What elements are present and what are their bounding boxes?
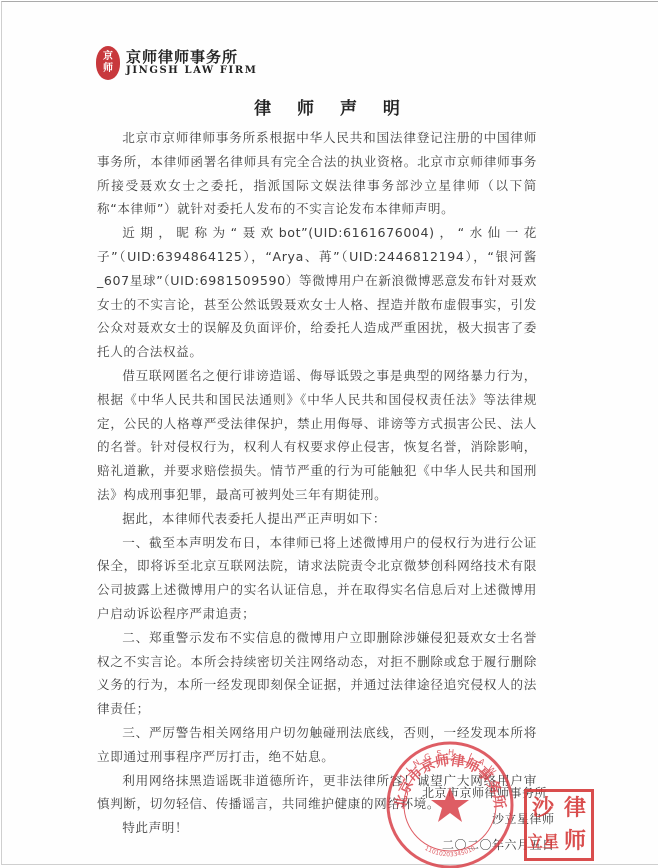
paragraph-item-1: 一、截至本声明发布日，本律师已将上述微博用户的侵权行为进行公证保全，即将诉至北京… xyxy=(97,531,537,626)
document-page: 京 师 京师律师事务所 JINGSH LAW FIRM 律 师 声 明 北京市京… xyxy=(1,1,658,865)
square-seal-char-3: 立星 xyxy=(527,825,559,858)
square-seal-char-4: 师 xyxy=(559,825,591,858)
square-seal-char-1: 沙 xyxy=(527,792,559,825)
paragraph-item-2: 二、郑重警示发布不实信息的微博用户立即删除涉嫌侵犯聂欢女士名誉权之不实言论。本所… xyxy=(97,626,537,721)
document-body: 北京市京师律师事务所系根据中华人民共和国法律登记注册的中国律师事务所，本律师函署… xyxy=(97,126,537,840)
firm-name-block: 京师律师事务所 JINGSH LAW FIRM xyxy=(126,49,257,77)
square-seal-char-2: 律 xyxy=(559,792,591,825)
logo-char-1: 京 xyxy=(103,51,113,63)
paragraph-declaration-lead: 据此，本律师代表委托人提出严正声明如下： xyxy=(97,507,537,531)
logo-char-2: 师 xyxy=(103,63,113,75)
firm-name-english: JINGSH LAW FIRM xyxy=(126,65,257,77)
document-title: 律 师 声 明 xyxy=(2,94,660,119)
paragraph-intro: 北京市京师律师事务所系根据中华人民共和国法律登记注册的中国律师事务所，本律师函署… xyxy=(97,126,537,221)
paragraph-legal-basis: 借互联网匿名之便行诽谤造谣、侮辱诋毁之事是典型的网络暴力行为，根据《中华人民共和… xyxy=(97,364,537,507)
paragraph-item-3: 三、严厉警告相关网络用户切勿触碰刑法底线，否则，一经发现本所将立即通过刑事程序严… xyxy=(97,721,537,769)
paragraph-infringers: 近期，昵称为“聂欢bot”(UID:6161676004)，“水仙一花子”（UI… xyxy=(97,221,537,364)
firm-name-chinese: 京师律师事务所 xyxy=(126,49,257,65)
firm-logo-seal: 京 师 xyxy=(96,46,120,80)
letterhead: 京 师 京师律师事务所 JINGSH LAW FIRM xyxy=(96,42,257,84)
square-lawyer-seal-icon: 沙 律 立星 师 xyxy=(524,789,594,861)
